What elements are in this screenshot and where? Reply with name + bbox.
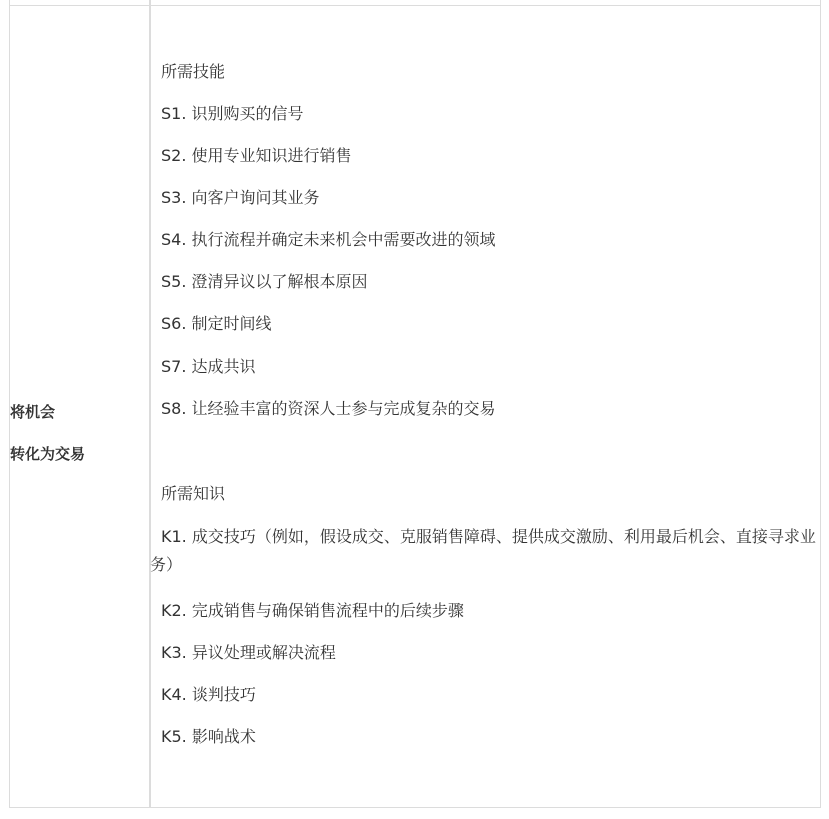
skill-item: S2. 使用专业知识进行销售 (161, 146, 352, 166)
column-divider (149, 0, 151, 807)
knowledge-item: K3. 异议处理或解决流程 (161, 643, 336, 663)
skill-item: S6. 制定时间线 (161, 314, 272, 334)
knowledge-heading: 所需知识 (161, 484, 225, 504)
row-label: 将机会 转化为交易 (10, 391, 85, 475)
row-label-line-2: 转化为交易 (10, 433, 85, 475)
knowledge-item: K4. 谈判技巧 (161, 685, 256, 705)
row-divider (10, 5, 820, 6)
skill-item: S7. 达成共识 (161, 357, 256, 377)
knowledge-item: K1. 成交技巧（例如，假设成交、克服销售障碍、提供成交激励、利用最后机会、直接… (150, 523, 826, 579)
skill-item: S8. 让经验丰富的资深人士参与完成复杂的交易 (161, 399, 496, 419)
knowledge-item: K5. 影响战术 (161, 727, 256, 747)
skills-heading: 所需技能 (161, 62, 225, 82)
knowledge-item: K2. 完成销售与确保销售流程中的后续步骤 (161, 601, 464, 621)
row-label-line-1: 将机会 (10, 391, 85, 433)
skill-item: S3. 向客户询问其业务 (161, 188, 320, 208)
skill-item: S1. 识别购买的信号 (161, 104, 304, 124)
skill-item: S5. 澄清异议以了解根本原因 (161, 272, 368, 292)
skill-item: S4. 执行流程并确定未来机会中需要改进的领域 (161, 230, 496, 250)
